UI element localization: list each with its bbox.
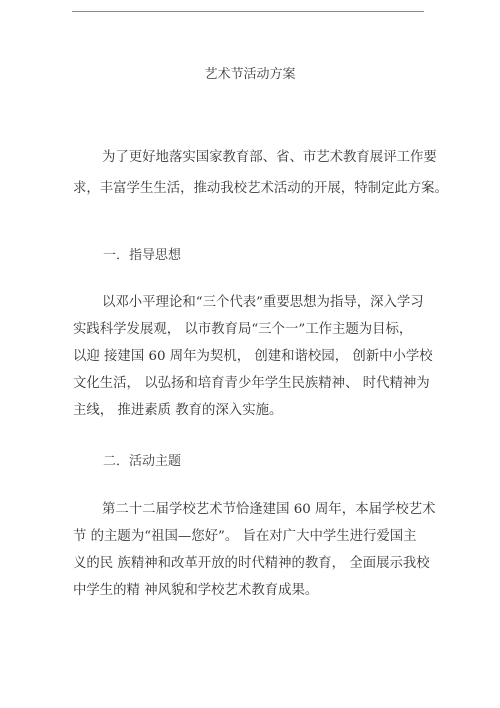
paragraph-line: 实践科学发展观， 以市教育局“三个一”工作主题为目标， [73, 316, 423, 343]
section-paragraph-guiding-ideology: 以邓小平理论和“三个代表”重要思想为指导，深入学习 实践科学发展观， 以市教育局… [73, 289, 423, 424]
paragraph-line: 以邓小平理论和“三个代表”重要思想为指导，深入学习 [73, 289, 423, 316]
section-paragraph-activity-theme: 第二十二届学校艺术节恰逢建国 60 周年，本届学校艺术 节 的主题为“祖国—您好… [73, 496, 423, 604]
document-title: 艺术节活动方案 [0, 66, 500, 84]
intro-line: 求，丰富学生生活，推动我校艺术活动的开展，特制定此方案。 [73, 173, 423, 204]
paragraph-line: 中学生的精 神风貌和学校艺术教育成果。 [73, 577, 423, 604]
paragraph-line: 以迎 接建国 60 周年为契机， 创建和谐校园， 创新中小学校 [73, 343, 423, 370]
paragraph-line: 文化生活， 以弘扬和培育青少年学生民族精神、 时代精神为 [73, 370, 423, 397]
paragraph-line: 主线， 推进素质 教育的深入实施。 [73, 397, 423, 424]
header-rule [72, 11, 424, 12]
section-heading-guiding-ideology: 一．指导思想 [103, 247, 181, 265]
paragraph-line: 义的民 族精神和改革开放的时代精神的教育， 全面展示我校 [73, 550, 423, 577]
paragraph-line: 节 的主题为“祖国—您好”。 旨在对广大中学生进行爱国主 [73, 523, 423, 550]
paragraph-line: 第二十二届学校艺术节恰逢建国 60 周年，本届学校艺术 [73, 496, 423, 523]
intro-line: 为了更好地落实国家教育部、省、市艺术教育展评工作要 [73, 142, 423, 173]
section-heading-activity-theme: 二．活动主题 [103, 453, 181, 471]
intro-paragraph: 为了更好地落实国家教育部、省、市艺术教育展评工作要 求，丰富学生生活，推动我校艺… [73, 142, 423, 204]
